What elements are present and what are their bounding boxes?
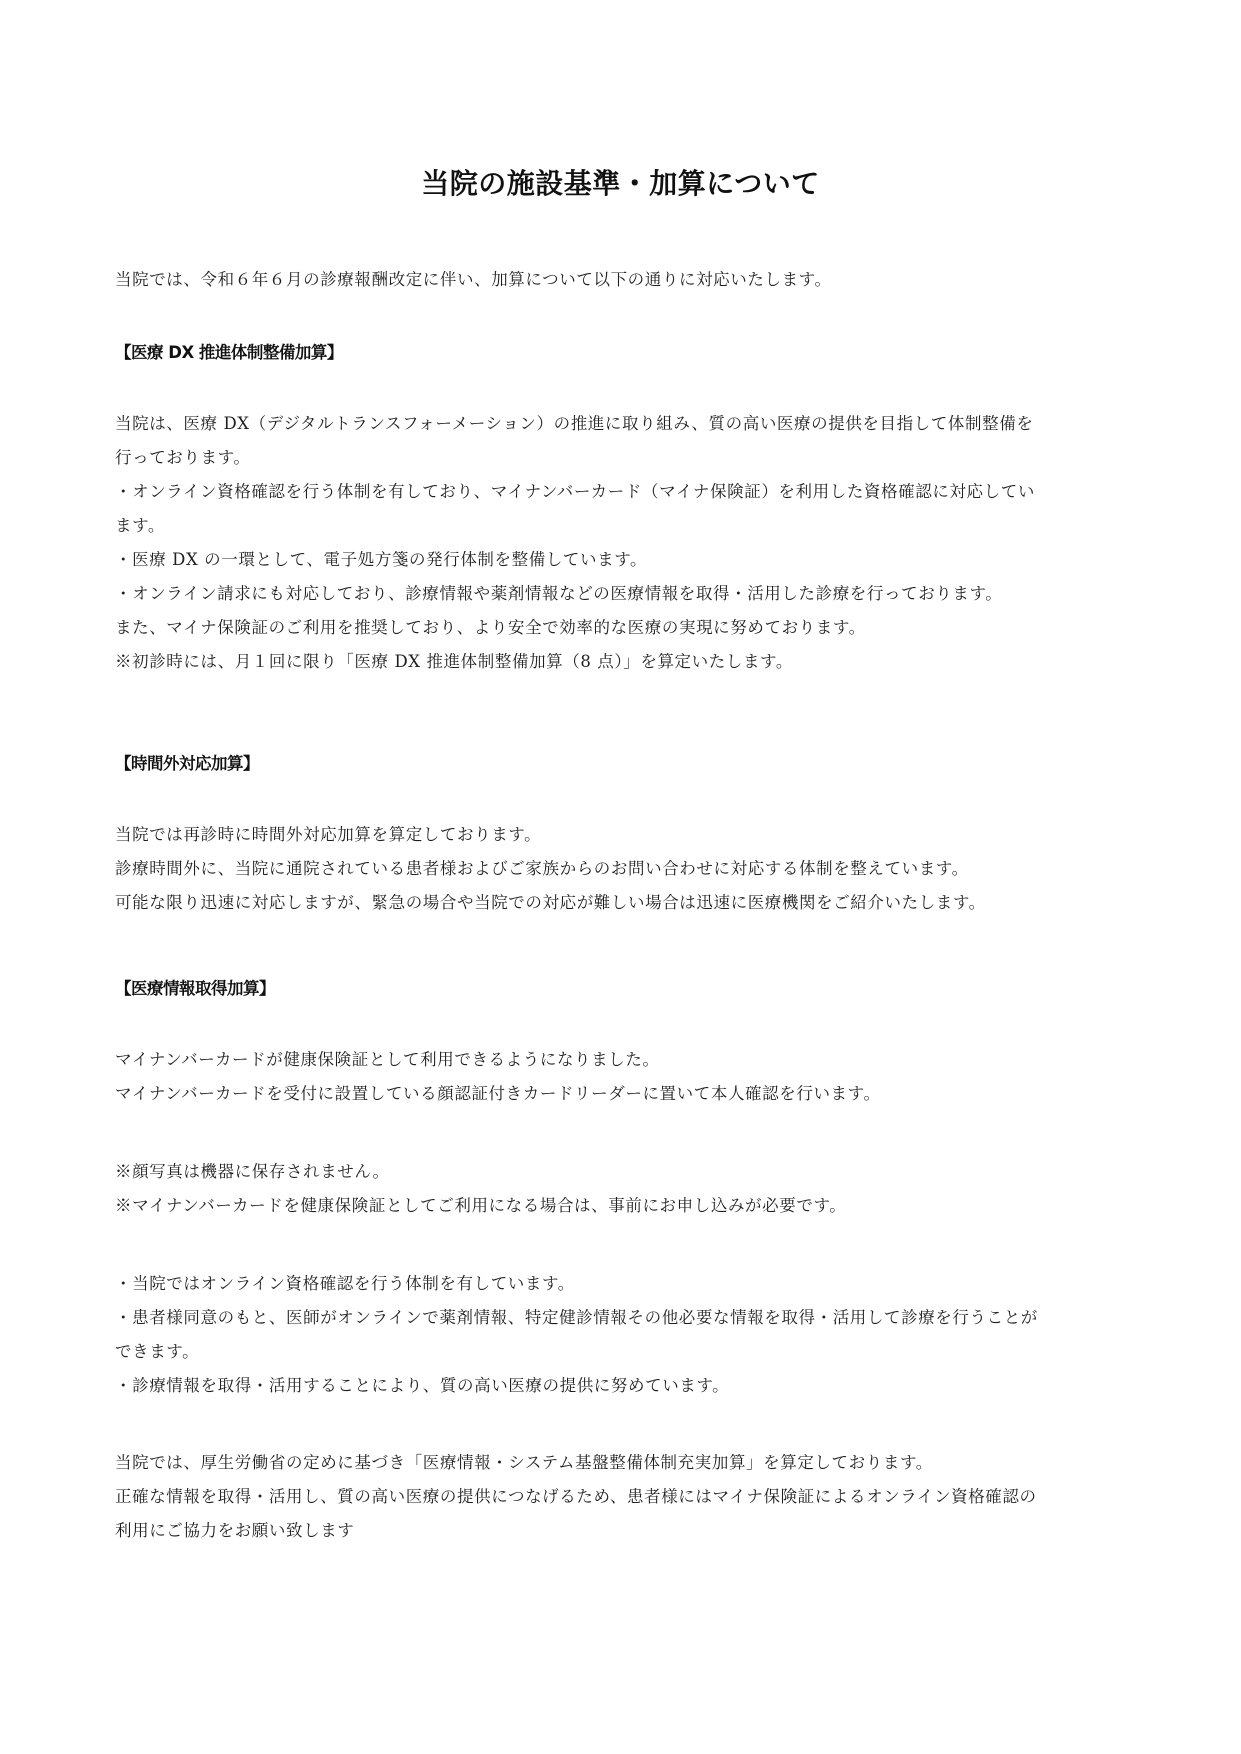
- bullet-line: ・患者様同意のもと、医師がオンラインで薬剤情報、特定健診情報その他必要な情報を取…: [115, 1306, 1135, 1330]
- page-title: 当院の施設基準・加算について: [0, 164, 1241, 204]
- bullet-line: できます。: [115, 1340, 1135, 1364]
- section-line: ・医療 DX の一環として、電子処方箋の発行体制を整備しています。: [115, 548, 1135, 572]
- section-line: 診療時間外に、当院に通院されている患者様およびご家族からのお問い合わせに対応する…: [115, 857, 1135, 881]
- section-line: 可能な限り迅速に対応しますが、緊急の場合や当院での対応が難しい場合は迅速に医療機…: [115, 891, 1135, 915]
- section-line: ます。: [115, 514, 1135, 538]
- section-line: 行っております。: [115, 446, 1135, 470]
- section-line: マイナンバーカードが健康保険証として利用できるようになりました。: [115, 1048, 1135, 1072]
- section-line: また、マイナ保険証のご利用を推奨しており、より安全で効率的な医療の実現に努めてお…: [115, 616, 1135, 640]
- bullet-line: ・当院ではオンライン資格確認を行う体制を有しています。: [115, 1272, 1135, 1296]
- closing-line: 当院では、厚生労働省の定めに基づき「医療情報・システム基盤整備体制充実加算」を算…: [115, 1451, 1135, 1475]
- intro-paragraph: 当院では、令和６年６月の診療報酬改定に伴い、加算について以下の通りに対応いたしま…: [115, 268, 1135, 292]
- closing-line: 正確な情報を取得・活用し、質の高い医療の提供につなげるため、患者様にはマイナ保険…: [115, 1485, 1135, 1509]
- section-line: ※初診時には、月１回に限り「医療 DX 推進体制整備加算（8 点）」を算定いたし…: [115, 650, 1135, 674]
- note-line: ※マイナンバーカードを健康保険証としてご利用になる場合は、事前にお申し込みが必要…: [115, 1194, 1135, 1218]
- section-heading-medical-info: 【医療情報取得加算】: [115, 977, 275, 1001]
- closing-line: 利用にご協力をお願い致します: [115, 1519, 1135, 1543]
- section-heading-medical-dx: 【医療 DX 推進体制整備加算】: [115, 341, 343, 365]
- section-heading-after-hours: 【時間外対応加算】: [115, 752, 259, 776]
- section-line: マイナンバーカードを受付に設置している顔認証付きカードリーダーに置いて本人確認を…: [115, 1082, 1135, 1106]
- section-line: ・オンライン請求にも対応しており、診療情報や薬剤情報などの医療情報を取得・活用し…: [115, 582, 1135, 606]
- bullet-line: ・診療情報を取得・活用することにより、質の高い医療の提供に努めています。: [115, 1374, 1135, 1398]
- section-line: 当院では再診時に時間外対応加算を算定しております。: [115, 823, 1135, 847]
- document-page: 当院の施設基準・加算について 当院では、令和６年６月の診療報酬改定に伴い、加算に…: [0, 0, 1241, 1754]
- section-line: 当院は、医療 DX（デジタルトランスフォーメーション）の推進に取り組み、質の高い…: [115, 412, 1135, 436]
- note-line: ※顔写真は機器に保存されません。: [115, 1160, 1135, 1184]
- section-line: ・オンライン資格確認を行う体制を有しており、マイナンバーカード（マイナ保険証）を…: [115, 480, 1135, 504]
